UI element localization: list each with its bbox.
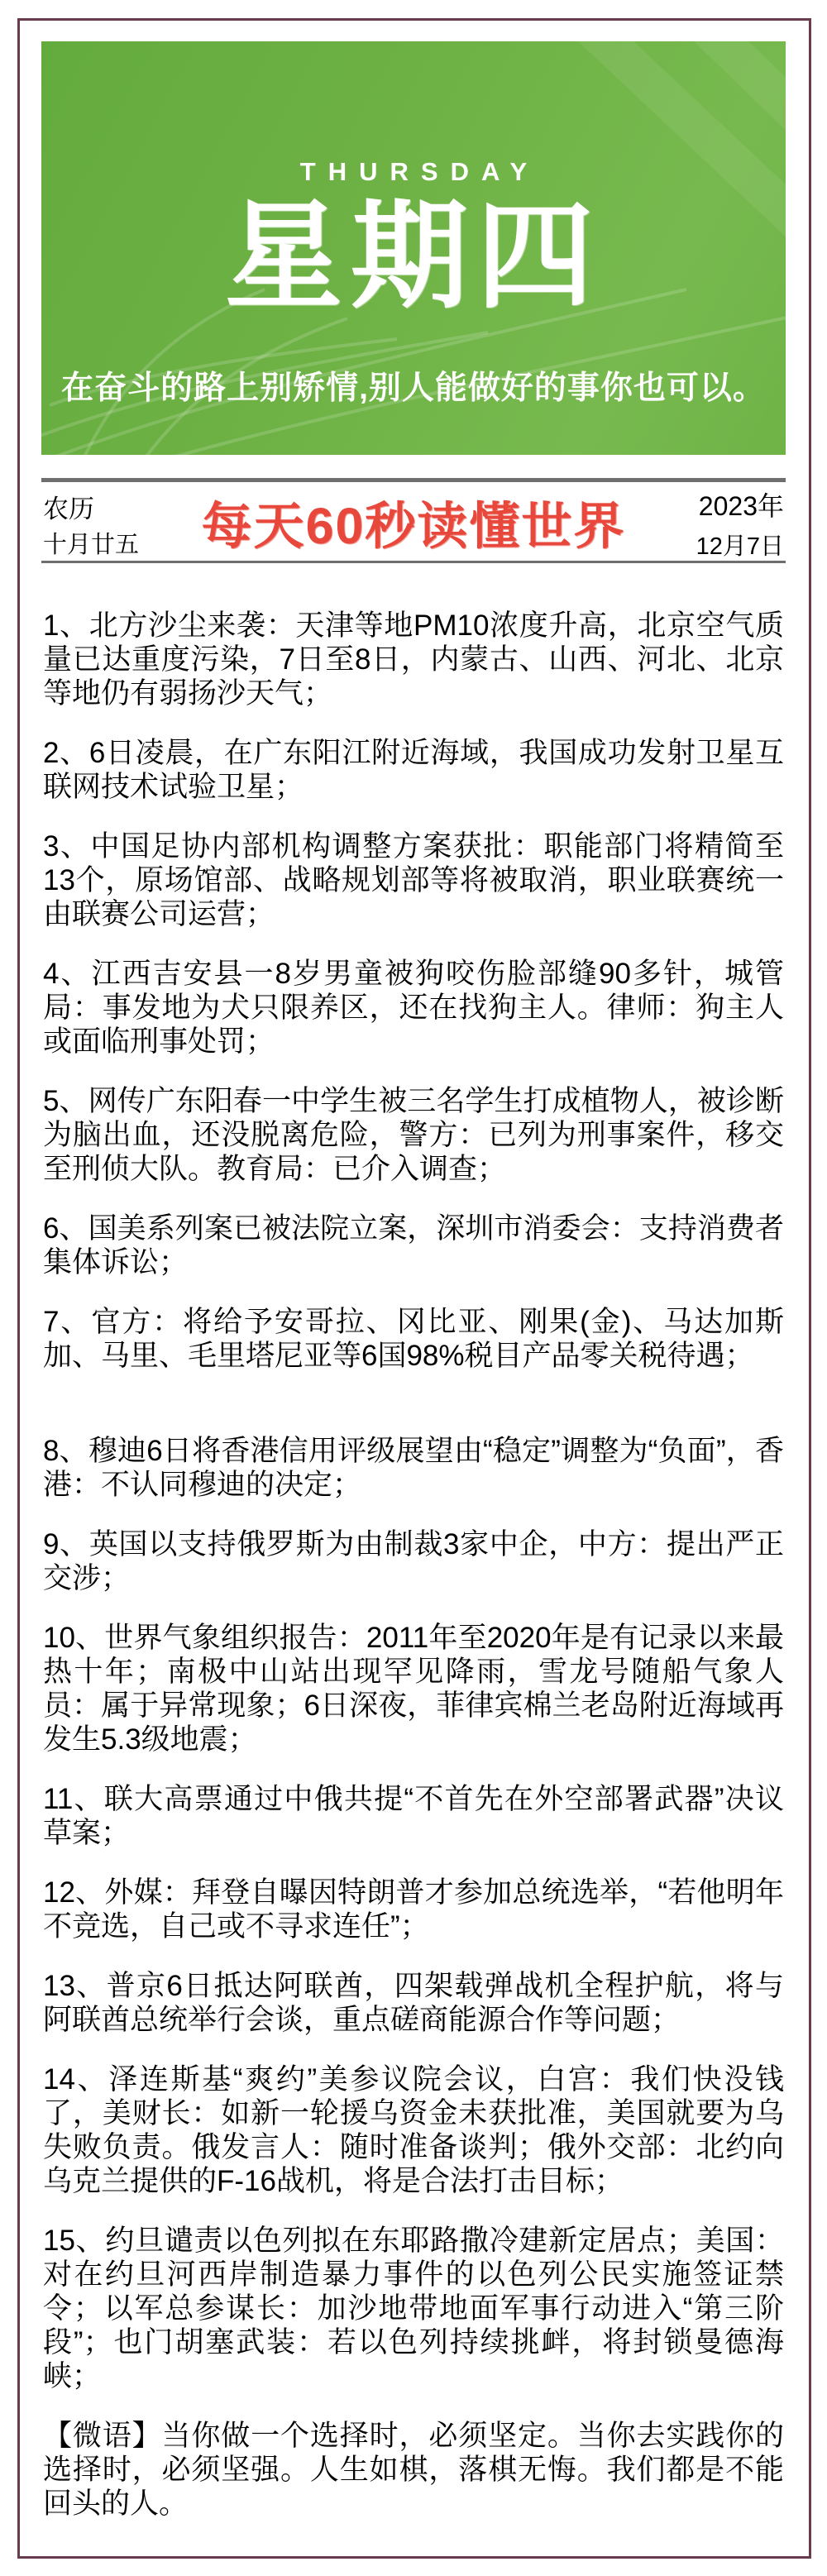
news-item-11: 11、联大高票通过中俄共提“不首先在外空部署武器”决议草案；	[43, 1782, 784, 1850]
header-banner: THURSDAY 星期四 在奋斗的路上别矫情,别人能做好的事你也可以。	[41, 41, 786, 455]
news-item-8: 8、穆迪6日将香港信用评级展望由“稳定”调整为“负面”，香港：不认同穆迪的决定；	[43, 1434, 784, 1502]
news-item-5: 5、网传广东阳春一中学生被三名学生打成植物人，被诊断为脑出血，还没脱离危险，警方…	[43, 1084, 784, 1186]
news-item-1: 1、北方沙尘来袭：天津等地PM10浓度升高，北京空气质量已达重度污染，7日至8日…	[43, 609, 784, 710]
news-item-14: 14、泽连斯基“爽约”美参议院会议，白宫：我们快没钱了，美财长：如新一轮援乌资金…	[43, 2062, 784, 2198]
news-list: 1、北方沙尘来袭：天津等地PM10浓度升高，北京空气质量已达重度污染，7日至8日…	[43, 609, 784, 2521]
date-label: 12月7日	[696, 528, 784, 562]
weekday-chinese: 星期四	[41, 195, 786, 319]
banner-quote: 在奋斗的路上别矫情,别人能做好的事你也可以。	[41, 362, 786, 409]
news-item-15: 15、约旦谴责以色列拟在东耶路撒冷建新定居点；美国：对在约旦河西岸制造暴力事件的…	[43, 2224, 784, 2393]
news-item-10: 10、世界气象组织报告：2011年至2020年是有记录以来最热十年；南极中山站出…	[43, 1621, 784, 1756]
year-label: 2023年	[699, 485, 784, 523]
micro-quote: 【微语】当你做一个选择时，必须坚定。当你去实践你的选择时，必须坚强。人生如棋，落…	[43, 2419, 784, 2521]
news-item-2: 2、6日凌晨，在广东阳江附近海域，我国成功发射卫星互联网技术试验卫星；	[43, 736, 784, 804]
daily-news-poster: THURSDAY 星期四 在奋斗的路上别矫情,别人能做好的事你也可以。 农历 十…	[0, 0, 827, 2576]
news-item-7: 7、官方：将给予安哥拉、冈比亚、刚果(金)、马达加斯加、马里、毛里塔尼亚等6国9…	[43, 1305, 784, 1373]
news-item-4: 4、江西吉安县一8岁男童被狗咬伤脸部缝90多针，城管局：事发地为犬只限养区，还在…	[43, 957, 784, 1059]
news-item-6: 6、国美系列案已被法院立案，深圳市消委会：支持消费者集体诉讼；	[43, 1212, 784, 1279]
divider-thin	[41, 561, 786, 563]
divider-thick	[41, 478, 786, 482]
news-item-3: 3、中国足协内部机构调整方案获批：职能部门将精简至13个，原场馆部、战略规划部等…	[43, 829, 784, 931]
weekday-english: THURSDAY	[41, 157, 786, 187]
news-item-13: 13、普京6日抵达阿联酋，四架载弹战机全程护航，将与阿联酋总统举行会谈，重点磋商…	[43, 1969, 784, 2037]
news-item-9: 9、英国以支持俄罗斯为由制裁3家中企，中方：提出严正交涉；	[43, 1527, 784, 1595]
news-item-12: 12、外媒：拜登自曝因特朗普才参加总统选举，“若他明年不竞选，自己或不寻求连任”…	[43, 1876, 784, 1943]
